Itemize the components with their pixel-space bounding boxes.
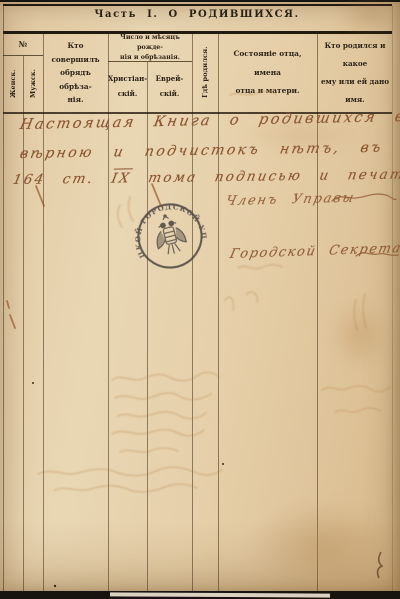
rule-top	[3, 4, 392, 6]
col-header-who-born: Кто родился и какое ему или ей дано имя.	[318, 46, 392, 100]
col-header-where-born: Гдѣ родился.	[192, 35, 218, 110]
imperial-eagle-icon	[151, 211, 189, 257]
rule-under-title	[3, 31, 392, 34]
grid-line-right	[392, 6, 393, 591]
col-header-rite: Кто совершилъ обрядъ обрѣза- нія.	[44, 38, 107, 108]
col-header-father: Состояніе отца, имена отца и матери.	[219, 46, 316, 100]
handwriting-volume-number: IX	[110, 168, 133, 186]
col-group-dates: Число и мѣсяцъ рожде- нія и обрѣзанія.	[109, 36, 191, 60]
col-header-number: №	[3, 36, 43, 52]
col-header-christian: Христіан- скій.	[109, 66, 146, 108]
handwriting-article: 164 ст.	[11, 171, 95, 188]
col-header-male: Мужск.	[23, 57, 43, 110]
header-divider	[108, 61, 192, 62]
scanned-register-page: Часть I. О РОДИВШИХСЯ. № Женск. Мужск. К…	[0, 0, 400, 599]
grid-line	[147, 62, 148, 591]
page-title: Часть I. О РОДИВШИХСЯ.	[3, 9, 391, 20]
col-header-jewish: Еврей- скій.	[148, 66, 191, 108]
handwriting-line-3-tail: тома подписью и печатью	[147, 166, 400, 186]
grid-line	[23, 56, 24, 591]
col-header-female: Женск.	[3, 57, 23, 110]
header-divider	[3, 55, 43, 56]
paper-shading	[0, 521, 400, 591]
